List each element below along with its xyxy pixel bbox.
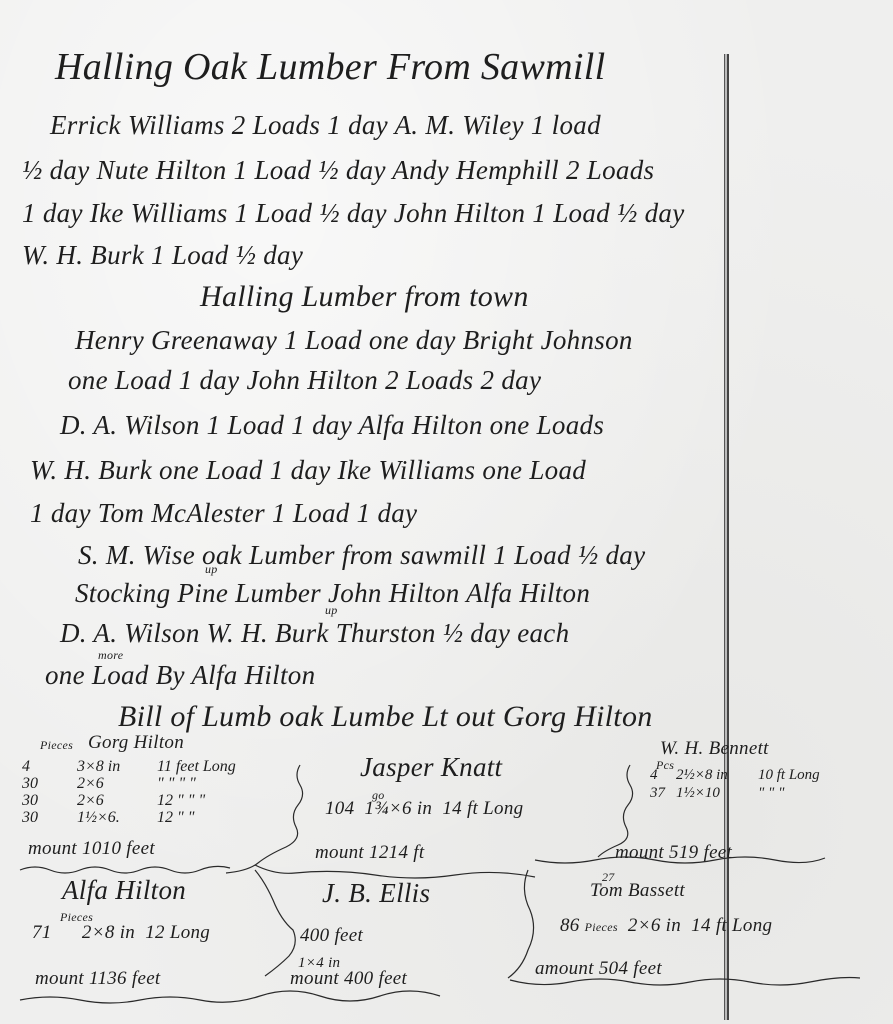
box-name: Jasper Knatt — [360, 752, 502, 783]
ledger-line: one Load 1 day John Hilton 2 Loads 2 day — [68, 365, 541, 396]
ledger-line: Henry Greenaway 1 Load one day Bright Jo… — [75, 325, 633, 356]
box-name: J. B. Ellis — [322, 878, 430, 909]
table-row: 302×612 " " " — [22, 792, 236, 809]
table-row: 71 2×8 in 12 Long — [32, 922, 210, 944]
ledger-line: 1 day Tom McAlester 1 Load 1 day — [30, 498, 417, 529]
lumber-table-gorg: 43×8 in11 feet Long 302×6" " " " 302×612… — [22, 758, 236, 826]
ledger-line: D. A. Wilson 1 Load 1 day Alfa Hilton on… — [60, 410, 604, 441]
ledger-line: W. H. Burk 1 Load ½ day — [22, 240, 303, 271]
box-total: amount 504 feet — [535, 958, 662, 980]
box-total: mount 519 feet — [615, 842, 732, 864]
bill-heading: Bill of Lumb oak Lumbe Lt out Gorg Hilto… — [118, 700, 653, 734]
table-row: 104 1¾×6 in 14 ft Long — [325, 798, 523, 820]
box-name: Tom Bassett — [590, 880, 685, 902]
superscript-note: up — [205, 562, 218, 577]
table-row: 400 feet — [300, 925, 363, 947]
box-name: W. H. Bennett — [660, 738, 769, 760]
table-row: 302×6" " " " — [22, 775, 236, 792]
table-row: 42½×8 in10 ft Long — [650, 766, 820, 784]
box-name: Alfa Hilton — [62, 875, 186, 906]
table-row: 371½×10" " " — [650, 784, 820, 802]
table-row: 43×8 in11 feet Long — [22, 758, 236, 775]
table-row: 301½×6.12 " " — [22, 809, 236, 826]
box-total: mount 1214 ft — [315, 842, 424, 864]
ledger-line: Errick Williams 2 Loads 1 day A. M. Wile… — [50, 110, 601, 141]
box-total: mount 1136 feet — [35, 968, 161, 990]
ledger-line: 1 day Ike Williams 1 Load ½ day John Hil… — [22, 198, 685, 229]
lumber-table-bennett: 42½×8 in10 ft Long 371½×10" " " — [650, 766, 820, 802]
table-row: 86 Pieces 2×6 in 14 ft Long — [560, 915, 772, 937]
ledger-line: S. M. Wise oak Lumber from sawmill 1 Loa… — [78, 540, 645, 571]
section-heading-sawmill: Halling Oak Lumber From Sawmill — [55, 45, 605, 89]
ledger-line: one Load By Alfa Hilton — [45, 660, 315, 691]
ledger-line: W. H. Burk one Load 1 day Ike Williams o… — [30, 455, 586, 486]
ledger-line: D. A. Wilson W. H. Burk Thurston ½ day e… — [60, 618, 569, 649]
ledger-line: ½ day Nute Hilton 1 Load ½ day Andy Hemp… — [22, 155, 654, 186]
box-total: mount 1010 feet — [28, 838, 155, 860]
box-total: mount 400 feet — [290, 968, 407, 990]
vertical-margin-rule — [724, 54, 729, 1020]
section-heading-town: Halling Lumber from town — [200, 280, 529, 314]
ledger-page: Halling Oak Lumber From Sawmill Errick W… — [0, 0, 893, 1024]
column-label: Pieces — [40, 738, 73, 753]
box-name: Gorg Hilton — [88, 732, 184, 754]
superscript-note: up — [325, 603, 338, 618]
